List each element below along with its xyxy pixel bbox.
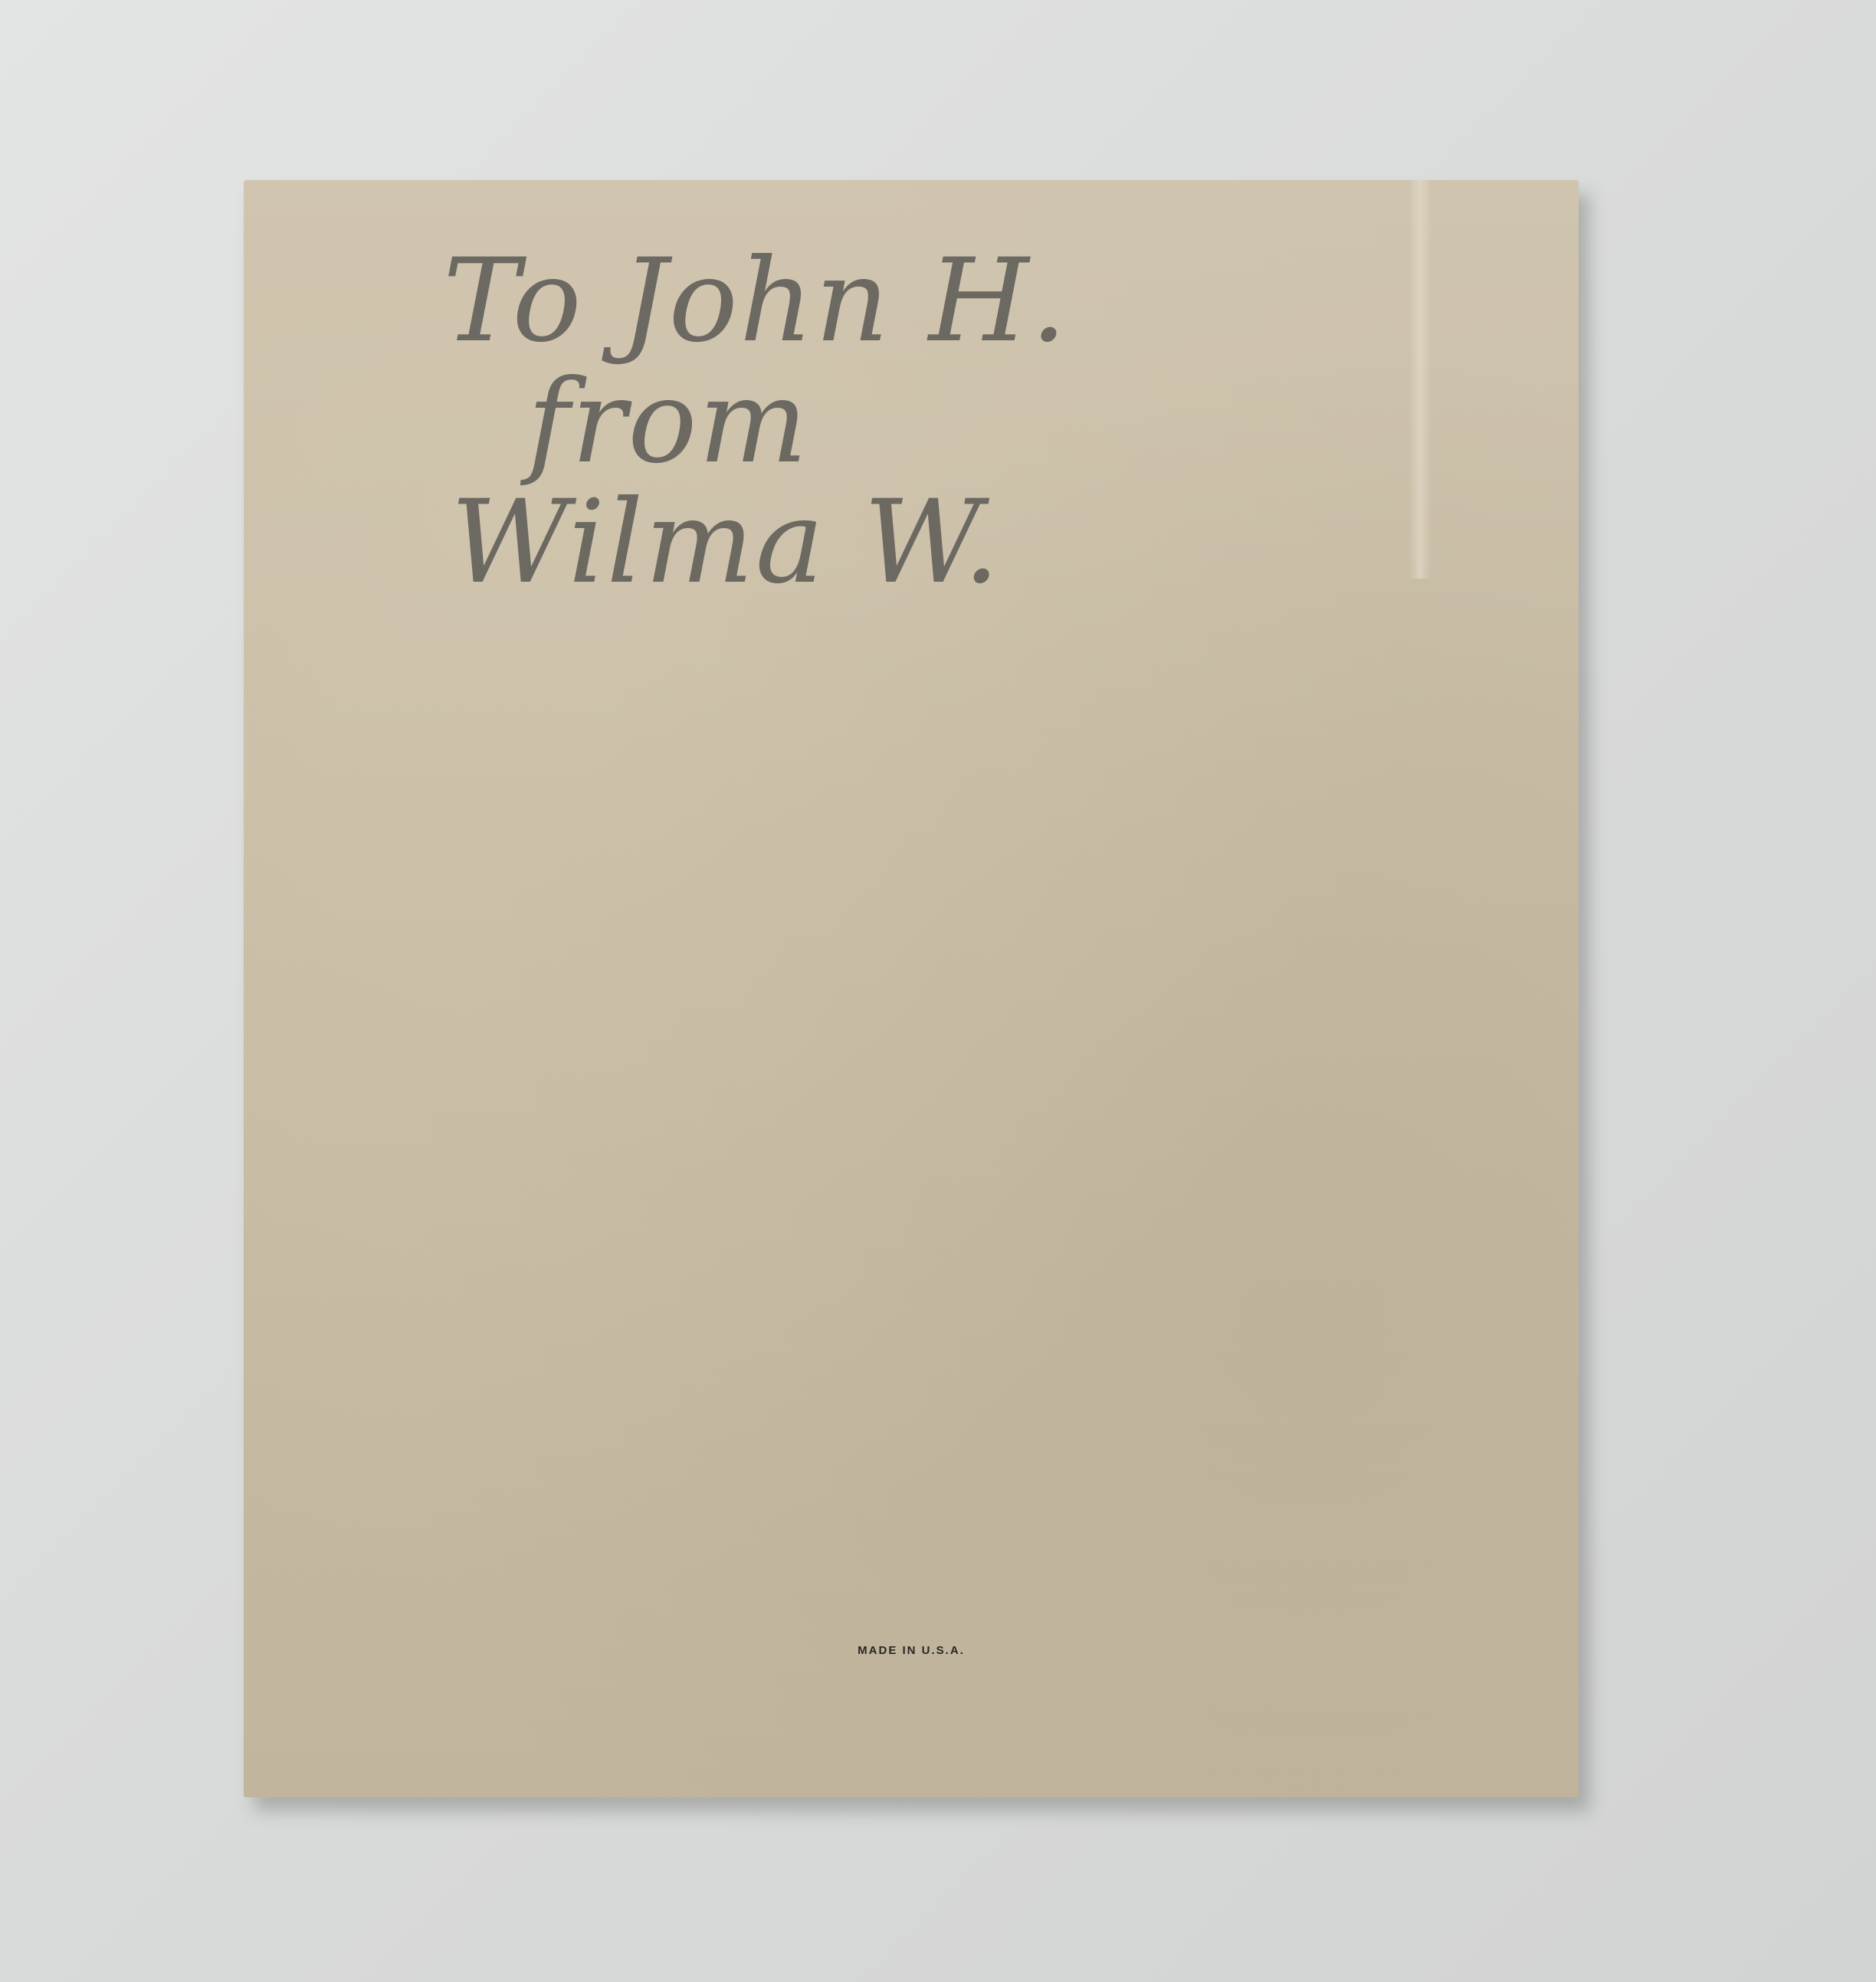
card-crease — [1409, 180, 1432, 579]
made-in-usa-imprint: MADE IN U.S.A. — [244, 1644, 1579, 1657]
inscription-line-1: To John H. — [443, 241, 1068, 363]
inscription-line-3: Wilma W. — [451, 483, 1068, 604]
pencil-inscription: To John H. from Wilma W. — [443, 241, 1068, 604]
inscription-line-2: from — [527, 363, 1068, 484]
card-back: To John H. from Wilma W. MADE IN U.S.A. — [244, 180, 1579, 1797]
